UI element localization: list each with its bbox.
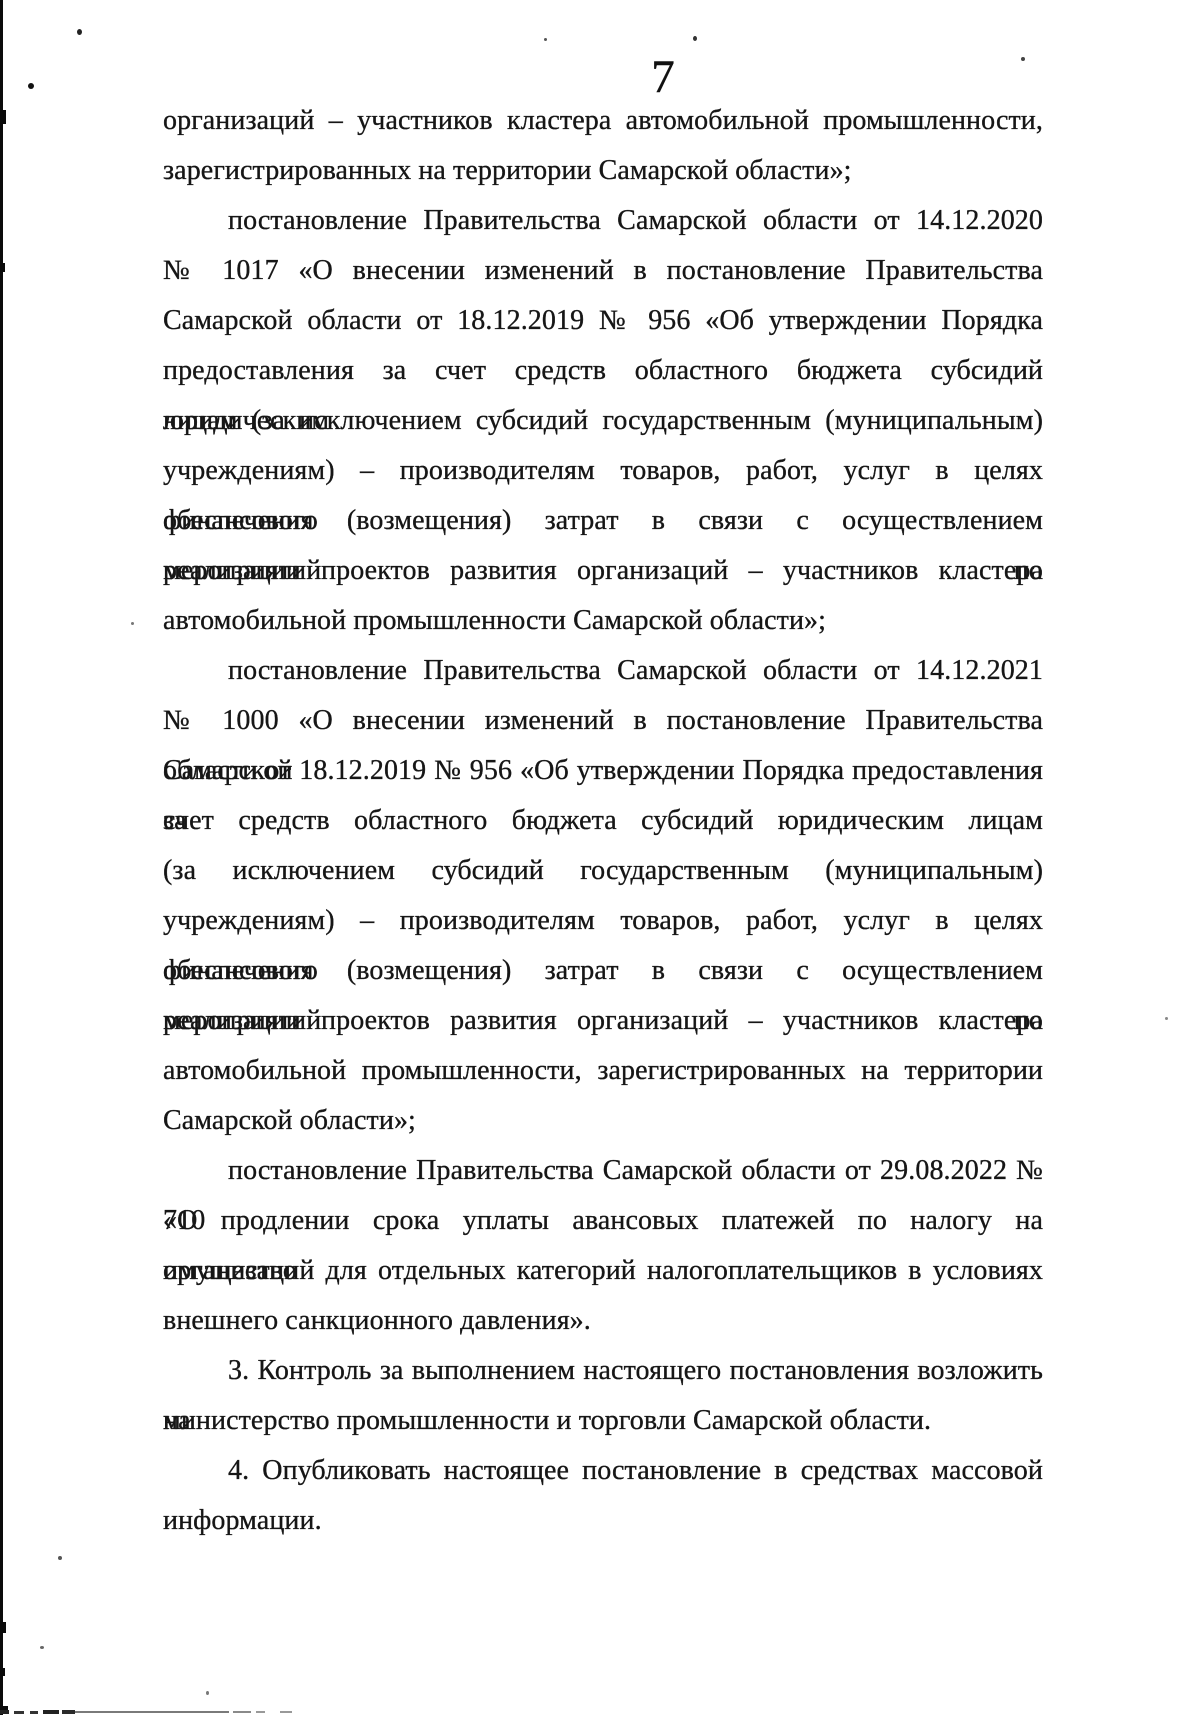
- scan-speck: [693, 36, 697, 41]
- text-line: реализации проектов развития организаций…: [163, 996, 1043, 1046]
- text-line: № 1017 «О внесении изменений в постановл…: [163, 246, 1043, 296]
- scan-notch: [0, 1668, 5, 1676]
- scan-bottom-mark: [233, 1711, 251, 1713]
- scan-speck: [131, 622, 134, 625]
- text-line: области от 18.12.2019 № 956 «Об утвержде…: [163, 746, 1043, 796]
- scan-speck: [28, 83, 34, 89]
- scan-notch: [0, 110, 6, 124]
- text-line: автомобильной промышленности Самарской о…: [163, 596, 1043, 646]
- scan-speck: [1021, 57, 1025, 61]
- text-line: предоставления за счет средств областног…: [163, 346, 1043, 396]
- scan-speck: [77, 29, 82, 35]
- scan-bottom-mark: [256, 1711, 265, 1713]
- text-line: 3. Контроль за выполнением настоящего по…: [163, 1346, 1043, 1396]
- page-number: 7: [640, 54, 686, 101]
- text-line: организаций – участников кластера автомо…: [163, 96, 1043, 146]
- text-line: внешнего санкционного давления».: [163, 1296, 1043, 1346]
- scan-speck: [1165, 1017, 1168, 1020]
- text-line: автомобильной промышленности, зарегистри…: [163, 1046, 1043, 1096]
- paragraph: постановление Правительства Самарской об…: [163, 1146, 1043, 1346]
- paragraph: постановление Правительства Самарской об…: [163, 646, 1043, 1146]
- text-line: реализации проектов развития организаций…: [163, 546, 1043, 596]
- text-line: (за исключением субсидий государственным…: [163, 846, 1043, 896]
- scan-speck: [544, 38, 547, 41]
- text-line: постановление Правительства Самарской об…: [163, 196, 1043, 246]
- scanned-document-page: 7 организаций – участников кластера авто…: [0, 0, 1200, 1715]
- text-line: постановление Правительства Самарской об…: [163, 646, 1043, 696]
- scan-bottom-mark: [14, 1711, 24, 1714]
- scan-speck: [206, 1691, 209, 1695]
- text-line: № 1000 «О внесении изменений в постановл…: [163, 696, 1043, 746]
- scan-bottom-mark: [75, 1711, 229, 1713]
- paragraph: 3. Контроль за выполнением настоящего по…: [163, 1346, 1043, 1446]
- scan-edge-line: [0, 0, 3, 1715]
- document-body: организаций – участников кластера автомо…: [163, 96, 1043, 1546]
- text-line: «О продлении срока уплаты авансовых плат…: [163, 1196, 1043, 1246]
- text-line: учреждениям) – производителям товаров, р…: [163, 446, 1043, 496]
- text-line: обеспечения (возмещения) затрат в связи …: [163, 496, 1043, 546]
- scan-bottom-mark: [280, 1711, 292, 1713]
- paragraph: 4. Опубликовать настоящее постановление …: [163, 1446, 1043, 1546]
- scan-bottom-mark: [30, 1711, 38, 1714]
- scan-bottom-mark: [43, 1710, 59, 1714]
- scan-speck: [58, 1556, 62, 1560]
- text-line: информации.: [163, 1496, 1043, 1546]
- scan-speck: [40, 1646, 44, 1649]
- text-line: Самарской области от 18.12.2019 № 956 «О…: [163, 296, 1043, 346]
- text-line: лицам (за исключением субсидий государст…: [163, 396, 1043, 446]
- text-line: Самарской области»;: [163, 1096, 1043, 1146]
- text-line: постановление Правительства Самарской об…: [163, 1146, 1043, 1196]
- text-line: учреждениям) – производителям товаров, р…: [163, 896, 1043, 946]
- text-line: счет средств областного бюджета субсидий…: [163, 796, 1043, 846]
- paragraph: постановление Правительства Самарской об…: [163, 196, 1043, 646]
- text-line: 4. Опубликовать настоящее постановление …: [163, 1446, 1043, 1496]
- text-line: организаций для отдельных категорий нало…: [163, 1246, 1043, 1296]
- scan-bottom-mark: [62, 1710, 75, 1714]
- paragraph: организаций – участников кластера автомо…: [163, 96, 1043, 196]
- scan-bottom-mark: [0, 1710, 9, 1714]
- text-line: министерство промышленности и торговли С…: [163, 1396, 1043, 1446]
- text-line: обеспечения (возмещения) затрат в связи …: [163, 946, 1043, 996]
- scan-notch: [0, 263, 5, 272]
- text-line: зарегистрированных на территории Самарск…: [163, 146, 1043, 196]
- scan-notch: [0, 1622, 6, 1633]
